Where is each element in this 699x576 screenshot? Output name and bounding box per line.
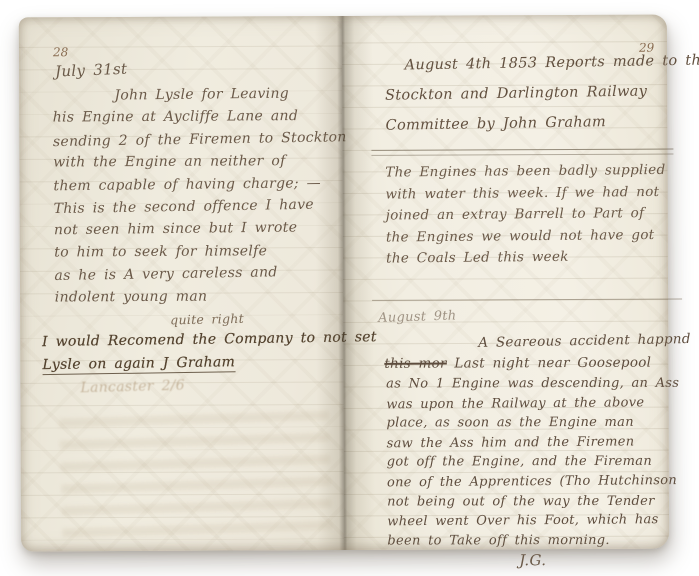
entry2-body: as No 1 Engine was descending, an Ass wa… bbox=[386, 375, 680, 554]
recommendation-note: I would Recomend the Company to not set … bbox=[42, 329, 377, 380]
entry-date-july31: July 31st bbox=[55, 60, 128, 81]
handwritten-line: the Engines we would not have got bbox=[386, 226, 666, 250]
ghost-writing-showthrough bbox=[59, 411, 332, 541]
pencil-annotation: quite right bbox=[170, 311, 244, 328]
handwritten-line: not seen him since but I wrote bbox=[54, 219, 348, 245]
handwritten-line: not being out of the way the Tender bbox=[387, 493, 680, 513]
handwritten-line: been to Take off this morning. bbox=[387, 533, 680, 553]
left-page-body: John Lysle for Leaving his Engine at Ayc… bbox=[52, 85, 348, 312]
underlined-text: Lysle on again J Graham bbox=[42, 354, 235, 375]
entry-date-august9: August 9th bbox=[378, 308, 457, 325]
handwritten-line: as No 1 Engine was descending, an Ass bbox=[386, 376, 679, 396]
handwritten-line: his Engine at Aycliffe Lane and bbox=[53, 108, 347, 132]
handwritten-line: the Coals Led this week bbox=[386, 248, 666, 272]
page-number-left: 28 bbox=[53, 45, 68, 59]
handwritten-line: August 4th 1853 Reports made to the bbox=[404, 52, 699, 87]
signature-initials: J.G. bbox=[519, 551, 546, 569]
entry1-heading: August 4th 1853 Reports made to the Stoc… bbox=[384, 52, 699, 147]
handwritten-line: Committee by John Graham bbox=[385, 112, 699, 147]
journal-photo: 28 July 31st John Lysle for Leaving his … bbox=[0, 0, 699, 576]
handwritten-line: got off the Engine, and the Fireman bbox=[387, 454, 680, 474]
struck-out-text: this mor bbox=[384, 356, 447, 372]
handwritten-line: place, as soon as the Engine man bbox=[386, 415, 679, 435]
handwritten-line: with water this week. If we had not bbox=[385, 183, 665, 207]
open-journal-book: 28 July 31st John Lysle for Leaving his … bbox=[19, 15, 669, 552]
faded-note: Lancaster 2/6 bbox=[80, 378, 185, 397]
handwritten-line: with the Engine an neither of bbox=[53, 153, 347, 177]
handwritten-line: saw the Ass him and the Firemen bbox=[387, 434, 680, 456]
handwritten-line: was upon the Railway at the above bbox=[386, 395, 679, 417]
handwritten-line: indolent young man bbox=[55, 287, 349, 311]
handwritten-text: Last night near Goosepool bbox=[454, 355, 651, 372]
entry1-body: The Engines has been badly supplied with… bbox=[385, 162, 666, 272]
handwritten-line: joined an extray Barrell to Part of bbox=[386, 205, 666, 229]
handwritten-line: The Engines has been badly supplied bbox=[385, 162, 665, 186]
handwritten-line: one of the Apprentices (Tho Hutchinson bbox=[387, 473, 680, 495]
handwritten-line: as he is A very careless and bbox=[54, 263, 348, 290]
handwritten-line: John Lysle for Leaving bbox=[114, 85, 346, 110]
handwritten-line: wheel went Over his Foot, which has bbox=[387, 512, 680, 534]
handwritten-line-with-strikethrough: this mor Last night near Goosepool bbox=[384, 355, 651, 372]
